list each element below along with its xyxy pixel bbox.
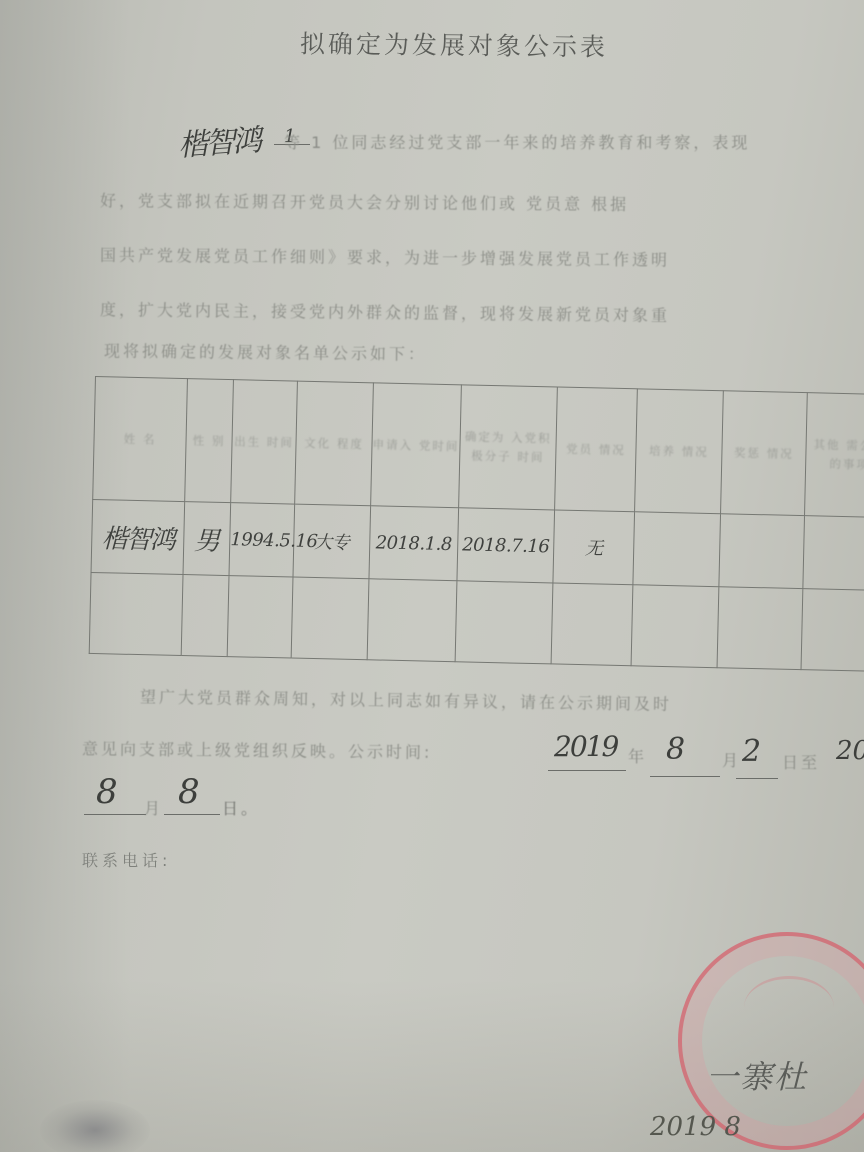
cell-birth [227, 576, 293, 658]
start-month: 8 [666, 732, 685, 767]
candidate-table: 姓 名 性 别 出生 时间 文化 程度 申请入 党时间 确定为 入党积 极分子 … [89, 376, 864, 672]
table-header-row: 姓 名 性 别 出生 时间 文化 程度 申请入 党时间 确定为 入党积 极分子 … [93, 377, 864, 518]
candidate-table-wrap: 姓 名 性 别 出生 时间 文化 程度 申请入 党时间 确定为 入党积 极分子 … [89, 376, 864, 674]
header-birth: 出生 时间 [231, 380, 298, 504]
to-label: 日至 [782, 750, 820, 773]
document-page: 拟确定为发展对象公示表 楷智鸿 1 __等 1 位同志经过党支部一年来的培养教育… [0, 0, 864, 1152]
start-year-blank [548, 770, 626, 771]
cell-other [801, 589, 864, 672]
cell-sex [181, 575, 229, 657]
contact-phone-label: 联系电话: [82, 848, 171, 871]
header-party-status: 党员 情况 [555, 387, 638, 512]
header-sex: 性 别 [185, 379, 234, 503]
end-month-label: 月 [144, 796, 163, 819]
cell-birth: 1994.5.16 [229, 503, 295, 577]
header-activist-date: 确定为 入党积 极分子 时间 [459, 385, 558, 510]
start-month-blank [650, 776, 720, 777]
cell-other [803, 516, 864, 591]
cell-activist-date [455, 581, 553, 664]
signature-date: 2019 8 [650, 1112, 741, 1142]
thumb-smudge [40, 1100, 150, 1152]
end-day-blank [164, 814, 220, 815]
end-day-label: 日。 [222, 796, 260, 819]
cell-application-date [367, 579, 457, 662]
end-day: 8 [178, 772, 200, 812]
year-label: 年 [628, 744, 647, 767]
end-year-partial: 20 [836, 736, 864, 766]
cell-training [631, 585, 719, 668]
cell-name: 楷智鸿 [91, 499, 185, 574]
cell-sex: 男 [183, 502, 231, 576]
intro-line-1: __等 1 位同志经过党支部一年来的培养教育和考察，表现 [262, 130, 750, 153]
cell-name [89, 572, 183, 655]
intro-line-2: 好，党支部拟在近期召开党员大会分别讨论他们或 党员意 根据 [100, 188, 629, 215]
header-training: 培养 情况 [635, 389, 724, 514]
header-education: 文化 程度 [295, 381, 374, 506]
header-awards: 奖惩 情况 [721, 391, 808, 516]
start-day-blank [736, 778, 778, 779]
cell-training [633, 512, 721, 587]
start-day: 2 [742, 734, 761, 769]
header-other: 其他 需公示 的事项 [805, 393, 864, 518]
month-label: 月 [722, 748, 741, 771]
intro-line-5: 现将拟确定的发展对象名单公示如下： [104, 338, 427, 364]
cell-party-status [551, 583, 633, 666]
intro-line-1-text: 等 1 位同志经过党支部一年来的培养教育和考察，表现 [284, 133, 750, 152]
end-month-blank [84, 814, 146, 815]
cell-awards [717, 587, 803, 670]
header-name: 姓 名 [93, 377, 188, 502]
cell-awards [719, 514, 805, 589]
cell-activist-date: 2018.7.16 [457, 508, 555, 583]
document-title: 拟确定为发展对象公示表 [300, 24, 608, 63]
end-month: 8 [96, 772, 118, 812]
start-year: 2019 [554, 730, 617, 763]
table-row [89, 572, 864, 671]
closing-line-1: 望广大党员群众周知，对以上同志如有异议，请在公示期间及时 [140, 684, 672, 714]
cell-party-status: 无 [553, 510, 635, 585]
intro-line-3: 国共产党发展党员工作细则》要求，为进一步增强发展党员工作透明 [100, 243, 670, 271]
header-application-date: 申请入 党时间 [371, 383, 462, 508]
cell-education [291, 577, 369, 660]
closing-line-2: 意见向支部或上级党组织反映。公示时间: [82, 736, 433, 763]
seal-star-arc [744, 976, 834, 1039]
cell-application-date: 2018.1.8 [369, 506, 459, 581]
intro-line-4: 度，扩大党内民主，接受党内外群众的监督，现将发展新党员对象重 [100, 297, 670, 326]
handwritten-name: 楷智鸿 [177, 115, 261, 165]
signature: 一寨杜 [706, 1052, 808, 1098]
